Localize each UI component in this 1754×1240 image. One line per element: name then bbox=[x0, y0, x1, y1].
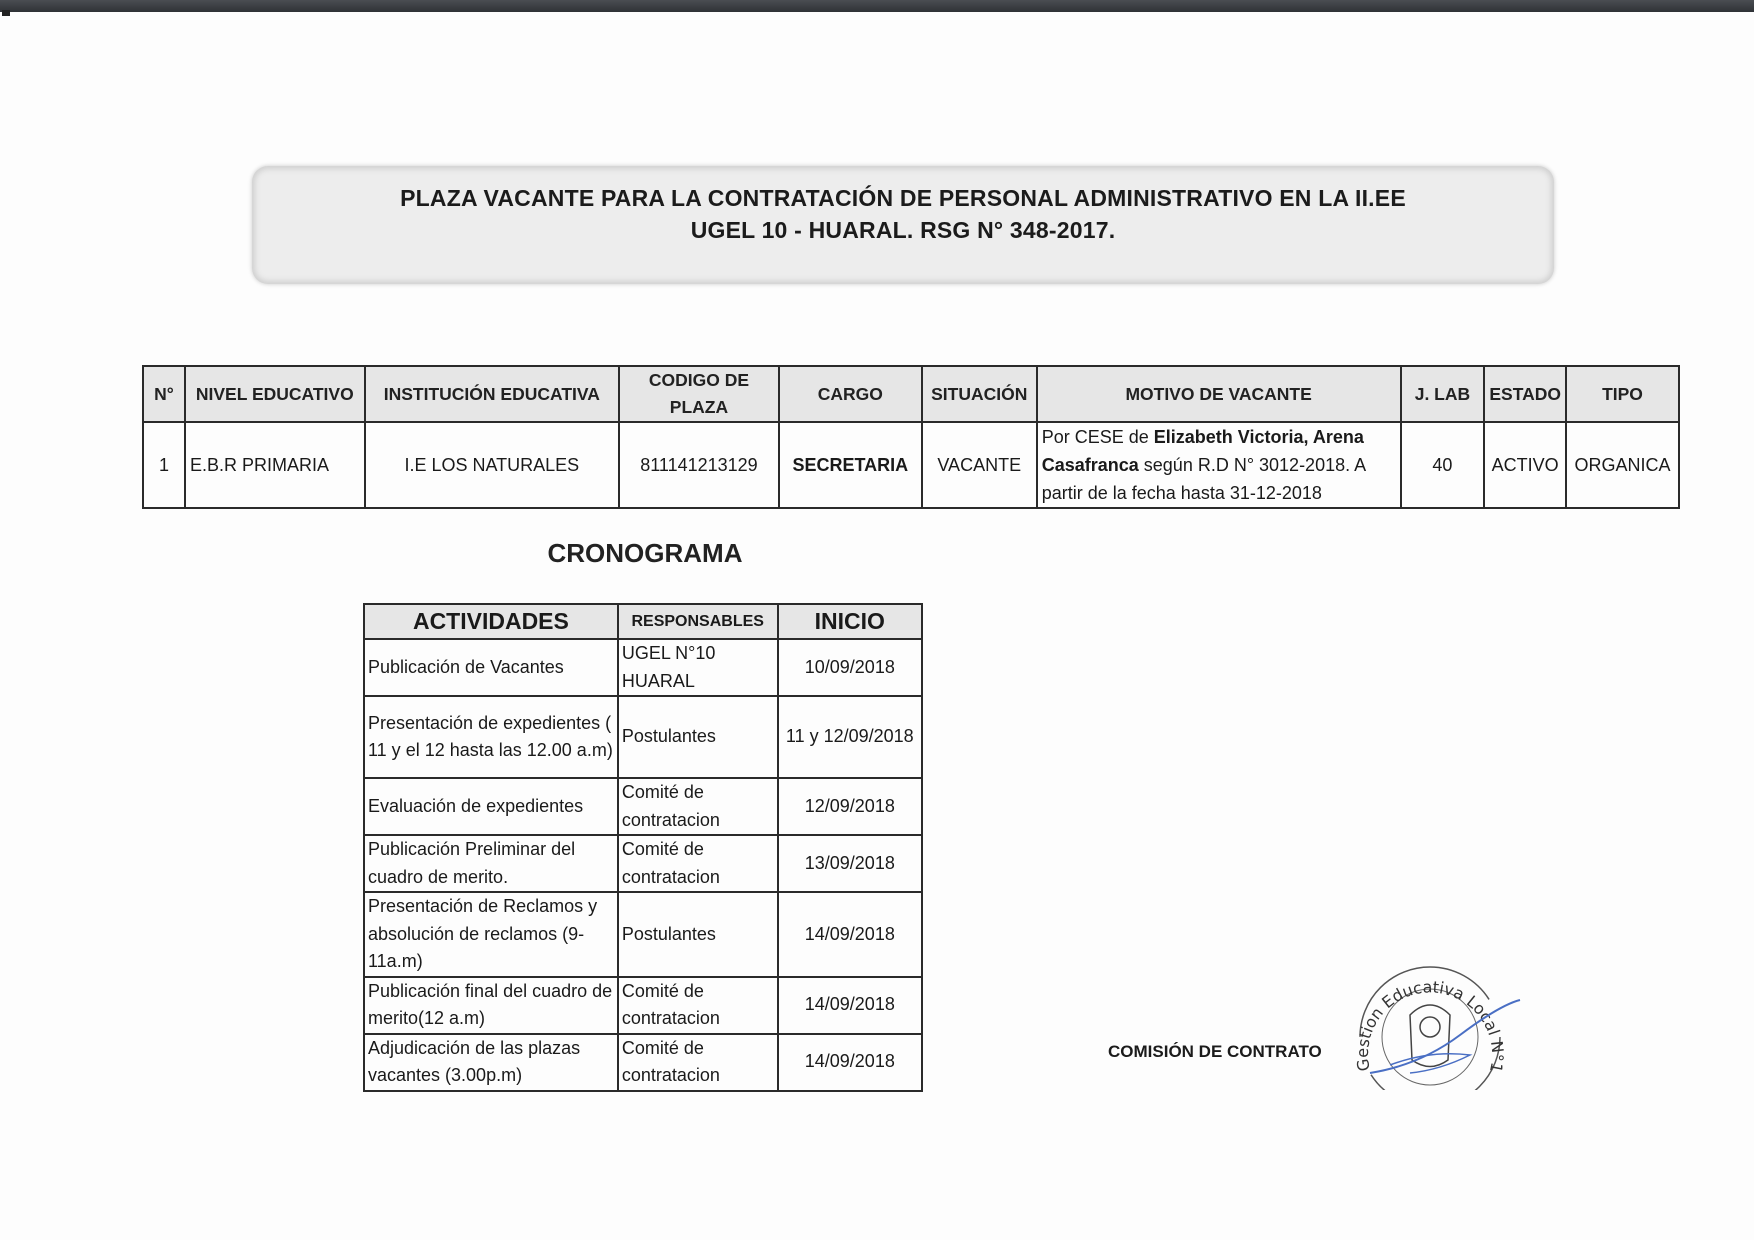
col-estado: ESTADO bbox=[1484, 366, 1566, 422]
col-numero: N° bbox=[143, 366, 185, 422]
col-situacion: SITUACIÓN bbox=[922, 366, 1037, 422]
col-institucion: INSTITUCIÓN EDUCATIVA bbox=[365, 366, 619, 422]
col-cargo: CARGO bbox=[779, 366, 922, 422]
cell-situacion: VACANTE bbox=[922, 422, 1037, 508]
cell-numero: 1 bbox=[143, 422, 185, 508]
cell-actividad: Publicación final del cuadro de merito(1… bbox=[364, 977, 618, 1034]
cell-actividad: Presentación de Reclamos y absolución de… bbox=[364, 892, 618, 977]
official-stamp-icon: Gestion Educativa Local N°10 bbox=[1330, 955, 1530, 1090]
table-row: Publicación Preliminar del cuadro de mer… bbox=[364, 835, 922, 892]
cell-institucion: I.E LOS NATURALES bbox=[365, 422, 619, 508]
cell-actividad: Publicación de Vacantes bbox=[364, 639, 618, 696]
cell-inicio: 14/09/2018 bbox=[778, 892, 922, 977]
cell-codigo: 811141213129 bbox=[619, 422, 779, 508]
vacancy-table: N° NIVEL EDUCATIVO INSTITUCIÓN EDUCATIVA… bbox=[142, 365, 1680, 509]
cell-responsable: Comité de contratacion bbox=[618, 835, 778, 892]
cell-responsable: Comité de contratacion bbox=[618, 977, 778, 1034]
signature-label: COMISIÓN DE CONTRATO bbox=[1108, 1042, 1322, 1062]
table-row: Evaluación de expedientesComité de contr… bbox=[364, 778, 922, 835]
cell-inicio: 13/09/2018 bbox=[778, 835, 922, 892]
cell-responsable: Postulantes bbox=[618, 696, 778, 778]
table-row: Adjudicación de las plazas vacantes (3.0… bbox=[364, 1034, 922, 1091]
motivo-prefix: Por CESE de bbox=[1042, 427, 1154, 447]
col-inicio: INICIO bbox=[778, 604, 922, 639]
col-actividades: ACTIVIDADES bbox=[364, 604, 618, 639]
motivo-name-1: Elizabeth Victoria, Arena bbox=[1154, 427, 1364, 447]
table-row: 1 E.B.R PRIMARIA I.E LOS NATURALES 81114… bbox=[143, 422, 1679, 508]
col-motivo: MOTIVO DE VACANTE bbox=[1037, 366, 1401, 422]
cell-nivel: E.B.R PRIMARIA bbox=[185, 422, 365, 508]
table-row: Presentación de expedientes ( 11 y el 12… bbox=[364, 696, 922, 778]
cell-inicio: 14/09/2018 bbox=[778, 1034, 922, 1091]
col-jlab: J. LAB bbox=[1401, 366, 1485, 422]
cell-inicio: 14/09/2018 bbox=[778, 977, 922, 1034]
scan-edge bbox=[0, 0, 1754, 12]
motivo-name-2: Casafranca bbox=[1042, 455, 1139, 475]
vacancy-header-row: N° NIVEL EDUCATIVO INSTITUCIÓN EDUCATIVA… bbox=[143, 366, 1679, 422]
col-tipo: TIPO bbox=[1566, 366, 1679, 422]
cell-actividad: Presentación de expedientes ( 11 y el 12… bbox=[364, 696, 618, 778]
cell-actividad: Evaluación de expedientes bbox=[364, 778, 618, 835]
cell-inicio: 12/09/2018 bbox=[778, 778, 922, 835]
cell-cargo: SECRETARIA bbox=[779, 422, 922, 508]
table-row: Publicación final del cuadro de merito(1… bbox=[364, 977, 922, 1034]
cell-responsable: UGEL N°10 HUARAL bbox=[618, 639, 778, 696]
cronograma-table: ACTIVIDADES RESPONSABLES INICIO Publicac… bbox=[363, 603, 923, 1092]
cell-jlab: 40 bbox=[1401, 422, 1485, 508]
cell-tipo: ORGANICA bbox=[1566, 422, 1679, 508]
cell-actividad: Adjudicación de las plazas vacantes (3.0… bbox=[364, 1034, 618, 1091]
motivo-suffix-1: según R.D N° 3012-2018. A bbox=[1139, 455, 1366, 475]
cell-inicio: 11 y 12/09/2018 bbox=[778, 696, 922, 778]
title-line-2: UGEL 10 - HUARAL. RSG N° 348-2017. bbox=[252, 217, 1554, 244]
col-codigo: CODIGO DE PLAZA bbox=[619, 366, 779, 422]
motivo-suffix-2: partir de la fecha hasta 31-12-2018 bbox=[1042, 483, 1322, 503]
cell-estado: ACTIVO bbox=[1484, 422, 1566, 508]
title-line-1: PLAZA VACANTE PARA LA CONTRATACIÓN DE PE… bbox=[252, 185, 1554, 212]
cronograma-header-row: ACTIVIDADES RESPONSABLES INICIO bbox=[364, 604, 922, 639]
table-row: Publicación de VacantesUGEL N°10 HUARAL1… bbox=[364, 639, 922, 696]
cell-motivo: Por CESE de Elizabeth Victoria, Arena Ca… bbox=[1037, 422, 1401, 508]
cronograma-title: CRONOGRAMA bbox=[420, 538, 870, 569]
cell-responsable: Comité de contratacion bbox=[618, 1034, 778, 1091]
table-row: Presentación de Reclamos y absolución de… bbox=[364, 892, 922, 977]
col-nivel: NIVEL EDUCATIVO bbox=[185, 366, 365, 422]
cell-responsable: Postulantes bbox=[618, 892, 778, 977]
col-responsables: RESPONSABLES bbox=[618, 604, 778, 639]
title-banner: PLAZA VACANTE PARA LA CONTRATACIÓN DE PE… bbox=[252, 166, 1554, 284]
cell-responsable: Comité de contratacion bbox=[618, 778, 778, 835]
cell-actividad: Publicación Preliminar del cuadro de mer… bbox=[364, 835, 618, 892]
cell-inicio: 10/09/2018 bbox=[778, 639, 922, 696]
